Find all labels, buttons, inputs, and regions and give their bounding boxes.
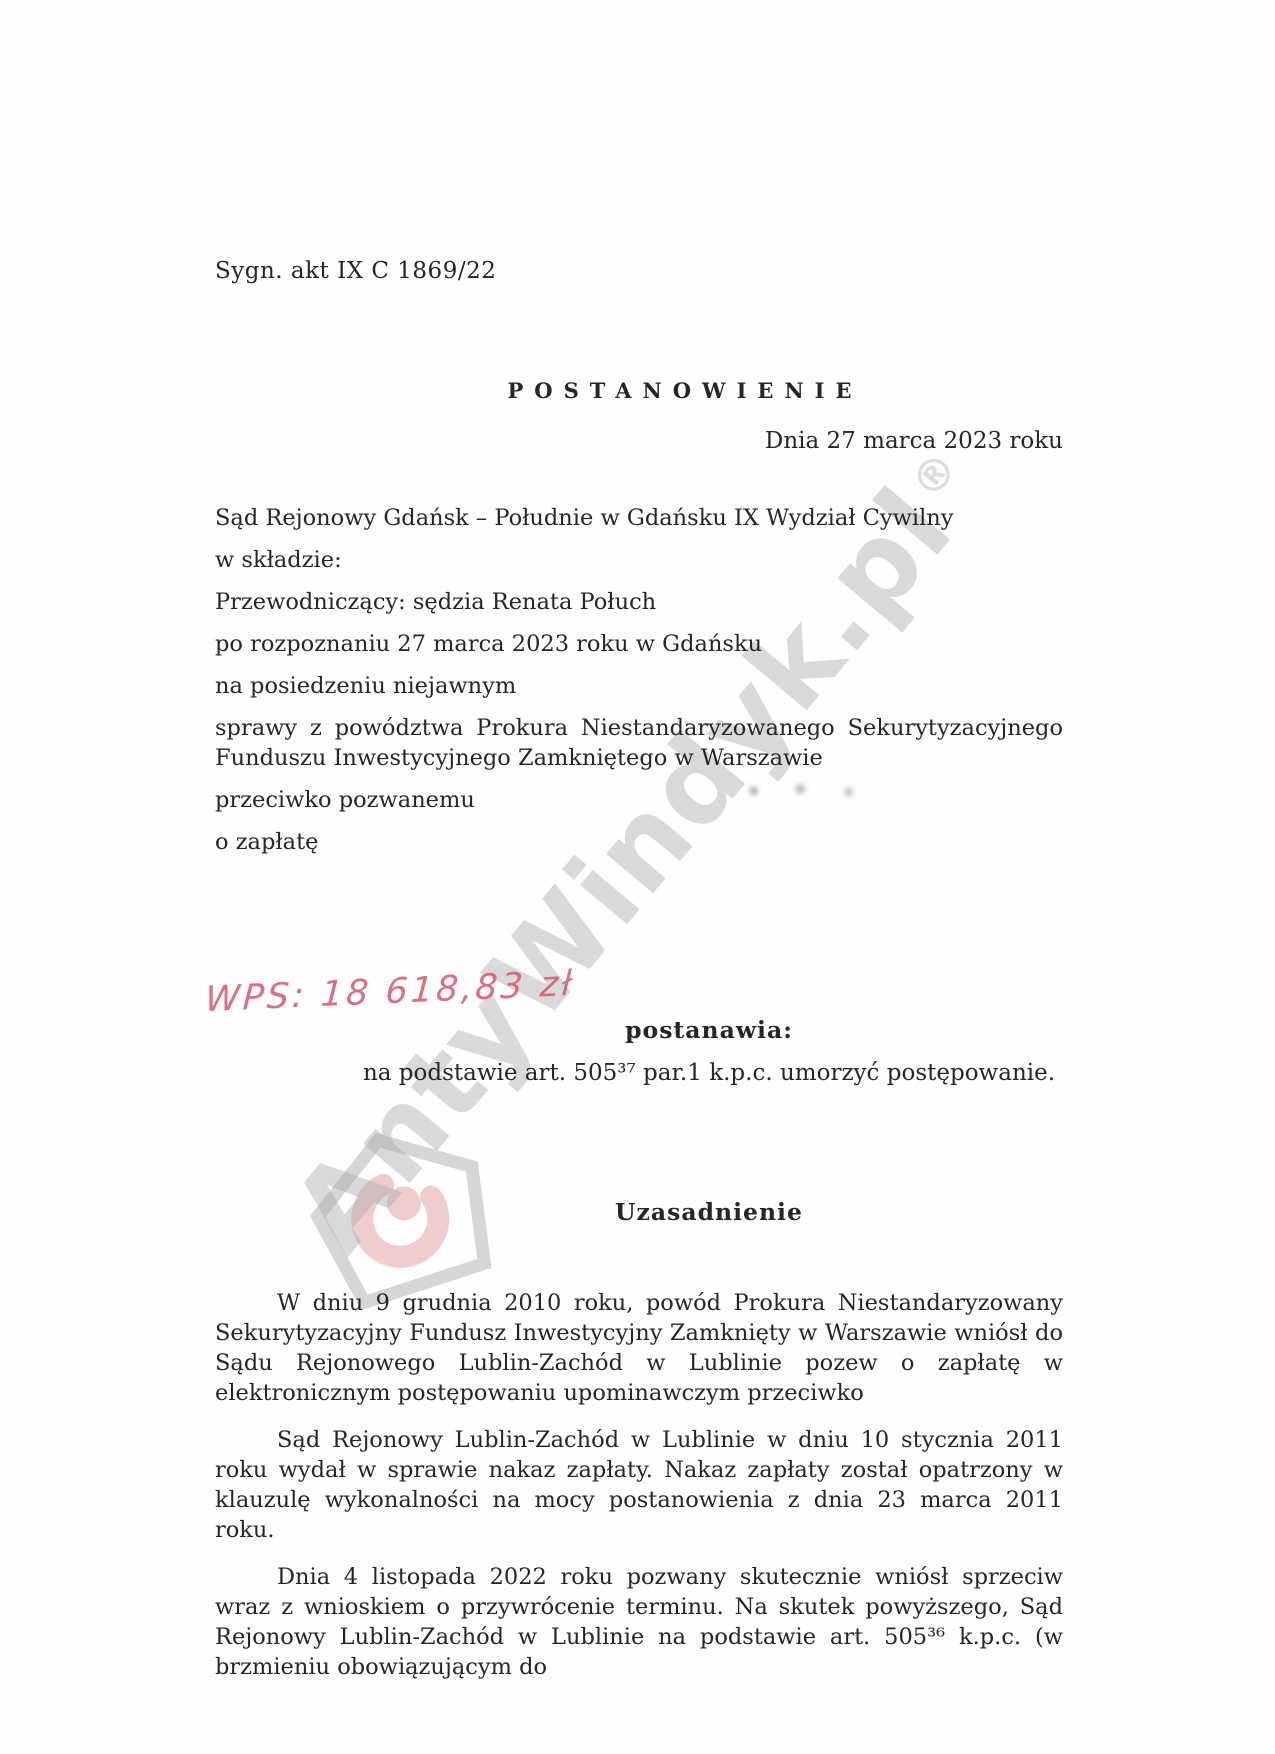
- justification-paragraph: W dniu 9 grudnia 2010 roku, powód Prokur…: [215, 1288, 1063, 1408]
- composition-intro: w składzie:: [215, 545, 1063, 575]
- defendant-line: przeciwko pozwanemu: [215, 785, 1063, 815]
- document-title: POSTANOWIENIE: [0, 378, 1275, 403]
- document-page: AntyWindyk.pl® Sygn. akt IX C 1869/22 PO…: [0, 0, 1275, 1754]
- justification-paragraphs: W dniu 9 grudnia 2010 roku, powód Prokur…: [215, 1288, 1063, 1699]
- date-line: Dnia 27 marca 2023 roku: [215, 428, 1063, 454]
- justification-heading: Uzasadnienie: [0, 1198, 1275, 1226]
- court-name: Sąd Rejonowy Gdańsk – Południe w Gdańsku…: [215, 503, 1063, 533]
- handwritten-wps-note: WPS: 18 618,83 zł: [204, 964, 576, 1020]
- case-number: Sygn. akt IX C 1869/22: [215, 258, 496, 284]
- presiding-judge: Przewodniczący: sędzia Renata Połuch: [215, 587, 1063, 617]
- decision-text: na podstawie art. 505³⁷ par.1 k.p.c. umo…: [0, 1060, 1275, 1086]
- decision-heading: postanawia:: [0, 1016, 1275, 1044]
- hearing-date-line: po rozpoznaniu 27 marca 2023 roku w Gdań…: [215, 629, 1063, 659]
- justification-paragraph: Sąd Rejonowy Lublin-Zachód w Lublinie w …: [215, 1425, 1063, 1545]
- document-content: Sygn. akt IX C 1869/22 POSTANOWIENIE Dni…: [0, 0, 1275, 1754]
- case-origin: sprawy z powództwa Prokura Niestandaryzo…: [215, 713, 1063, 773]
- session-type: na posiedzeniu niejawnym: [215, 671, 1063, 701]
- case-subject: o zapłatę: [215, 827, 1063, 857]
- court-composition-block: Sąd Rejonowy Gdańsk – Południe w Gdańsku…: [215, 503, 1063, 869]
- justification-paragraph: Dnia 4 listopada 2022 roku pozwany skute…: [215, 1562, 1063, 1682]
